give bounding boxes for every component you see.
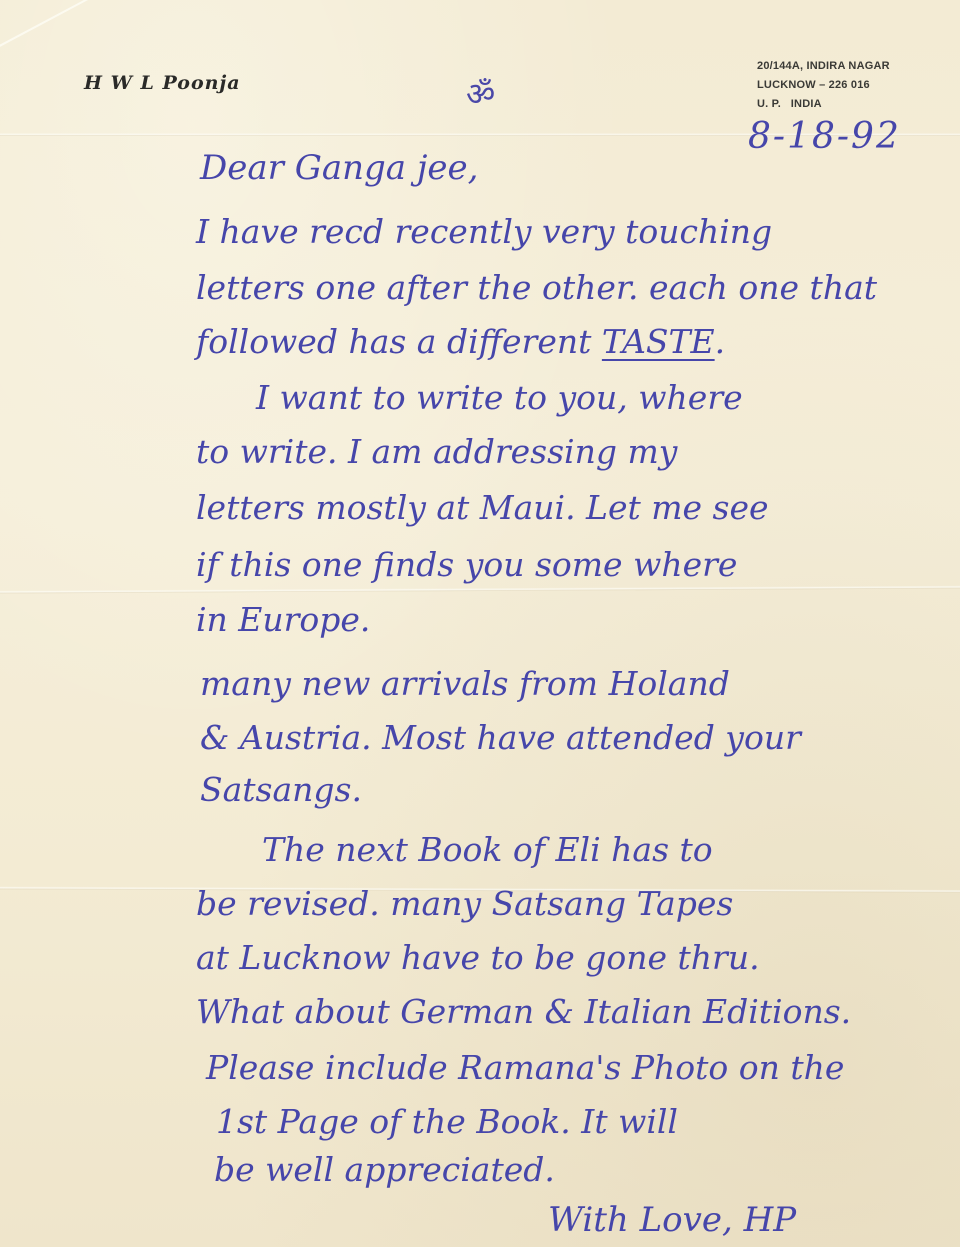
body-line: I have recd recently very touching [196,212,772,251]
body-line: Please include Ramana's Photo on the [206,1048,844,1087]
letterhead-name: H W L Poonja [84,72,241,94]
body-text: followed has a different [196,322,591,361]
body-line: to write. I am addressing my [196,432,677,471]
closing-signature: With Love, HP [548,1200,796,1240]
body-line: be revised. many Satsang Tapes [196,884,733,923]
address-line: U. P. INDIA [757,95,890,114]
letter-page: H W L Poonja 20/144A, INDIRA NAGAR LUCKN… [0,0,960,1247]
address-line: 20/144A, INDIRA NAGAR [757,57,890,76]
address-line: LUCKNOW – 226 016 [757,76,890,95]
body-line: I want to write to you, where [256,378,743,417]
body-line: if this one finds you some where [196,545,737,584]
body-line: 1st Page of the Book. It will [216,1102,678,1141]
body-line: Satsangs. [200,770,362,809]
salutation: Dear Ganga jee, [200,148,478,188]
om-symbol-icon: ॐ [466,78,495,110]
letter-date: 8-18-92 [748,116,901,157]
body-line: at Lucknow have to be gone thru. [196,938,760,977]
body-line: & Austria. Most have attended your [200,718,801,757]
fold-crease [0,585,960,593]
body-line: letters mostly at Maui. Let me see [196,488,769,527]
emphasized-word: TASTE [602,322,715,361]
body-line: many new arrivals from Holand [200,664,730,703]
letterhead-address: 20/144A, INDIRA NAGAR LUCKNOW – 226 016 … [757,57,890,114]
body-line: letters one after the other. each one th… [196,268,877,307]
fold-crease [0,0,167,52]
body-line-with-emphasis: followed has a different TASTE. [196,322,725,361]
body-line: The next Book of Eli has to [262,830,713,869]
body-line: in Europe. [196,600,370,639]
body-line: be well appreciated. [214,1150,555,1189]
punctuation: . [715,322,726,361]
body-line: What about German & Italian Editions. [196,992,851,1031]
